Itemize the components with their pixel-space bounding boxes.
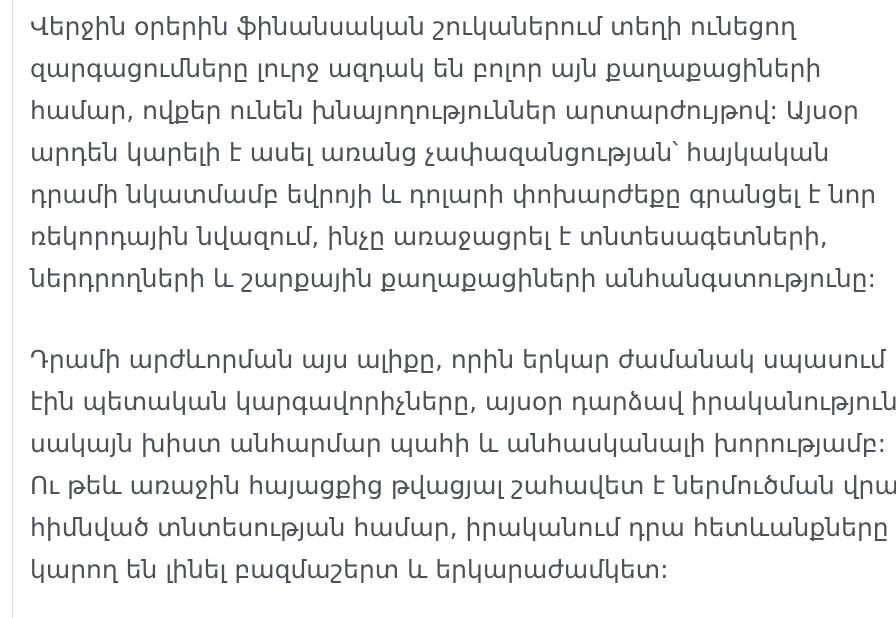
text-line: կարող են լինել բազմաշերտ և երկարաժամկետ: (30, 549, 890, 591)
text-line: հիմնված տնտեսության համար, իրականում դրա… (30, 507, 890, 549)
text-line: Ու թեև առաջին հայացքից թվացյալ շահավետ է… (30, 465, 890, 507)
text-line: Վերջին օրերին ֆինանսական շուկաներում տեղ… (30, 6, 890, 48)
text-line: համար, ովքեր ունեն խնայողություններ արտա… (30, 90, 890, 132)
left-edge-divider (12, 0, 13, 618)
paragraph-2: Դրամի արժևորման այս ալիքը, որին երկար ժա… (30, 339, 890, 591)
text-line: դրամի նկատմամբ եվրոյի և դոլարի փոխարժեքը… (30, 174, 890, 216)
text-line: ներդրողների և շարքային քաղաքացիների անհա… (30, 258, 890, 300)
article-text: Վերջին օրերին ֆինանսական շուկաներում տեղ… (30, 6, 890, 591)
text-line: Դրամի արժևորման այս ալիքը, որին երկար ժա… (30, 339, 890, 381)
text-line: էին պետական կարգավորիչները, այսօր դարձավ… (30, 381, 890, 423)
text-line: ռեկորդային նվազում, ինչը առաջացրել է տնտ… (30, 216, 890, 258)
text-line: արդեն կարելի է ասել առանց չափազանցության… (30, 132, 890, 174)
text-line: սակայն խիստ անհարմար պահի և անհասկանալի … (30, 423, 890, 465)
text-line: զարգացումները լուրջ ազդակ են բոլոր այն ք… (30, 48, 890, 90)
paragraph-1: Վերջին օրերին ֆինանսական շուկաներում տեղ… (30, 6, 890, 300)
